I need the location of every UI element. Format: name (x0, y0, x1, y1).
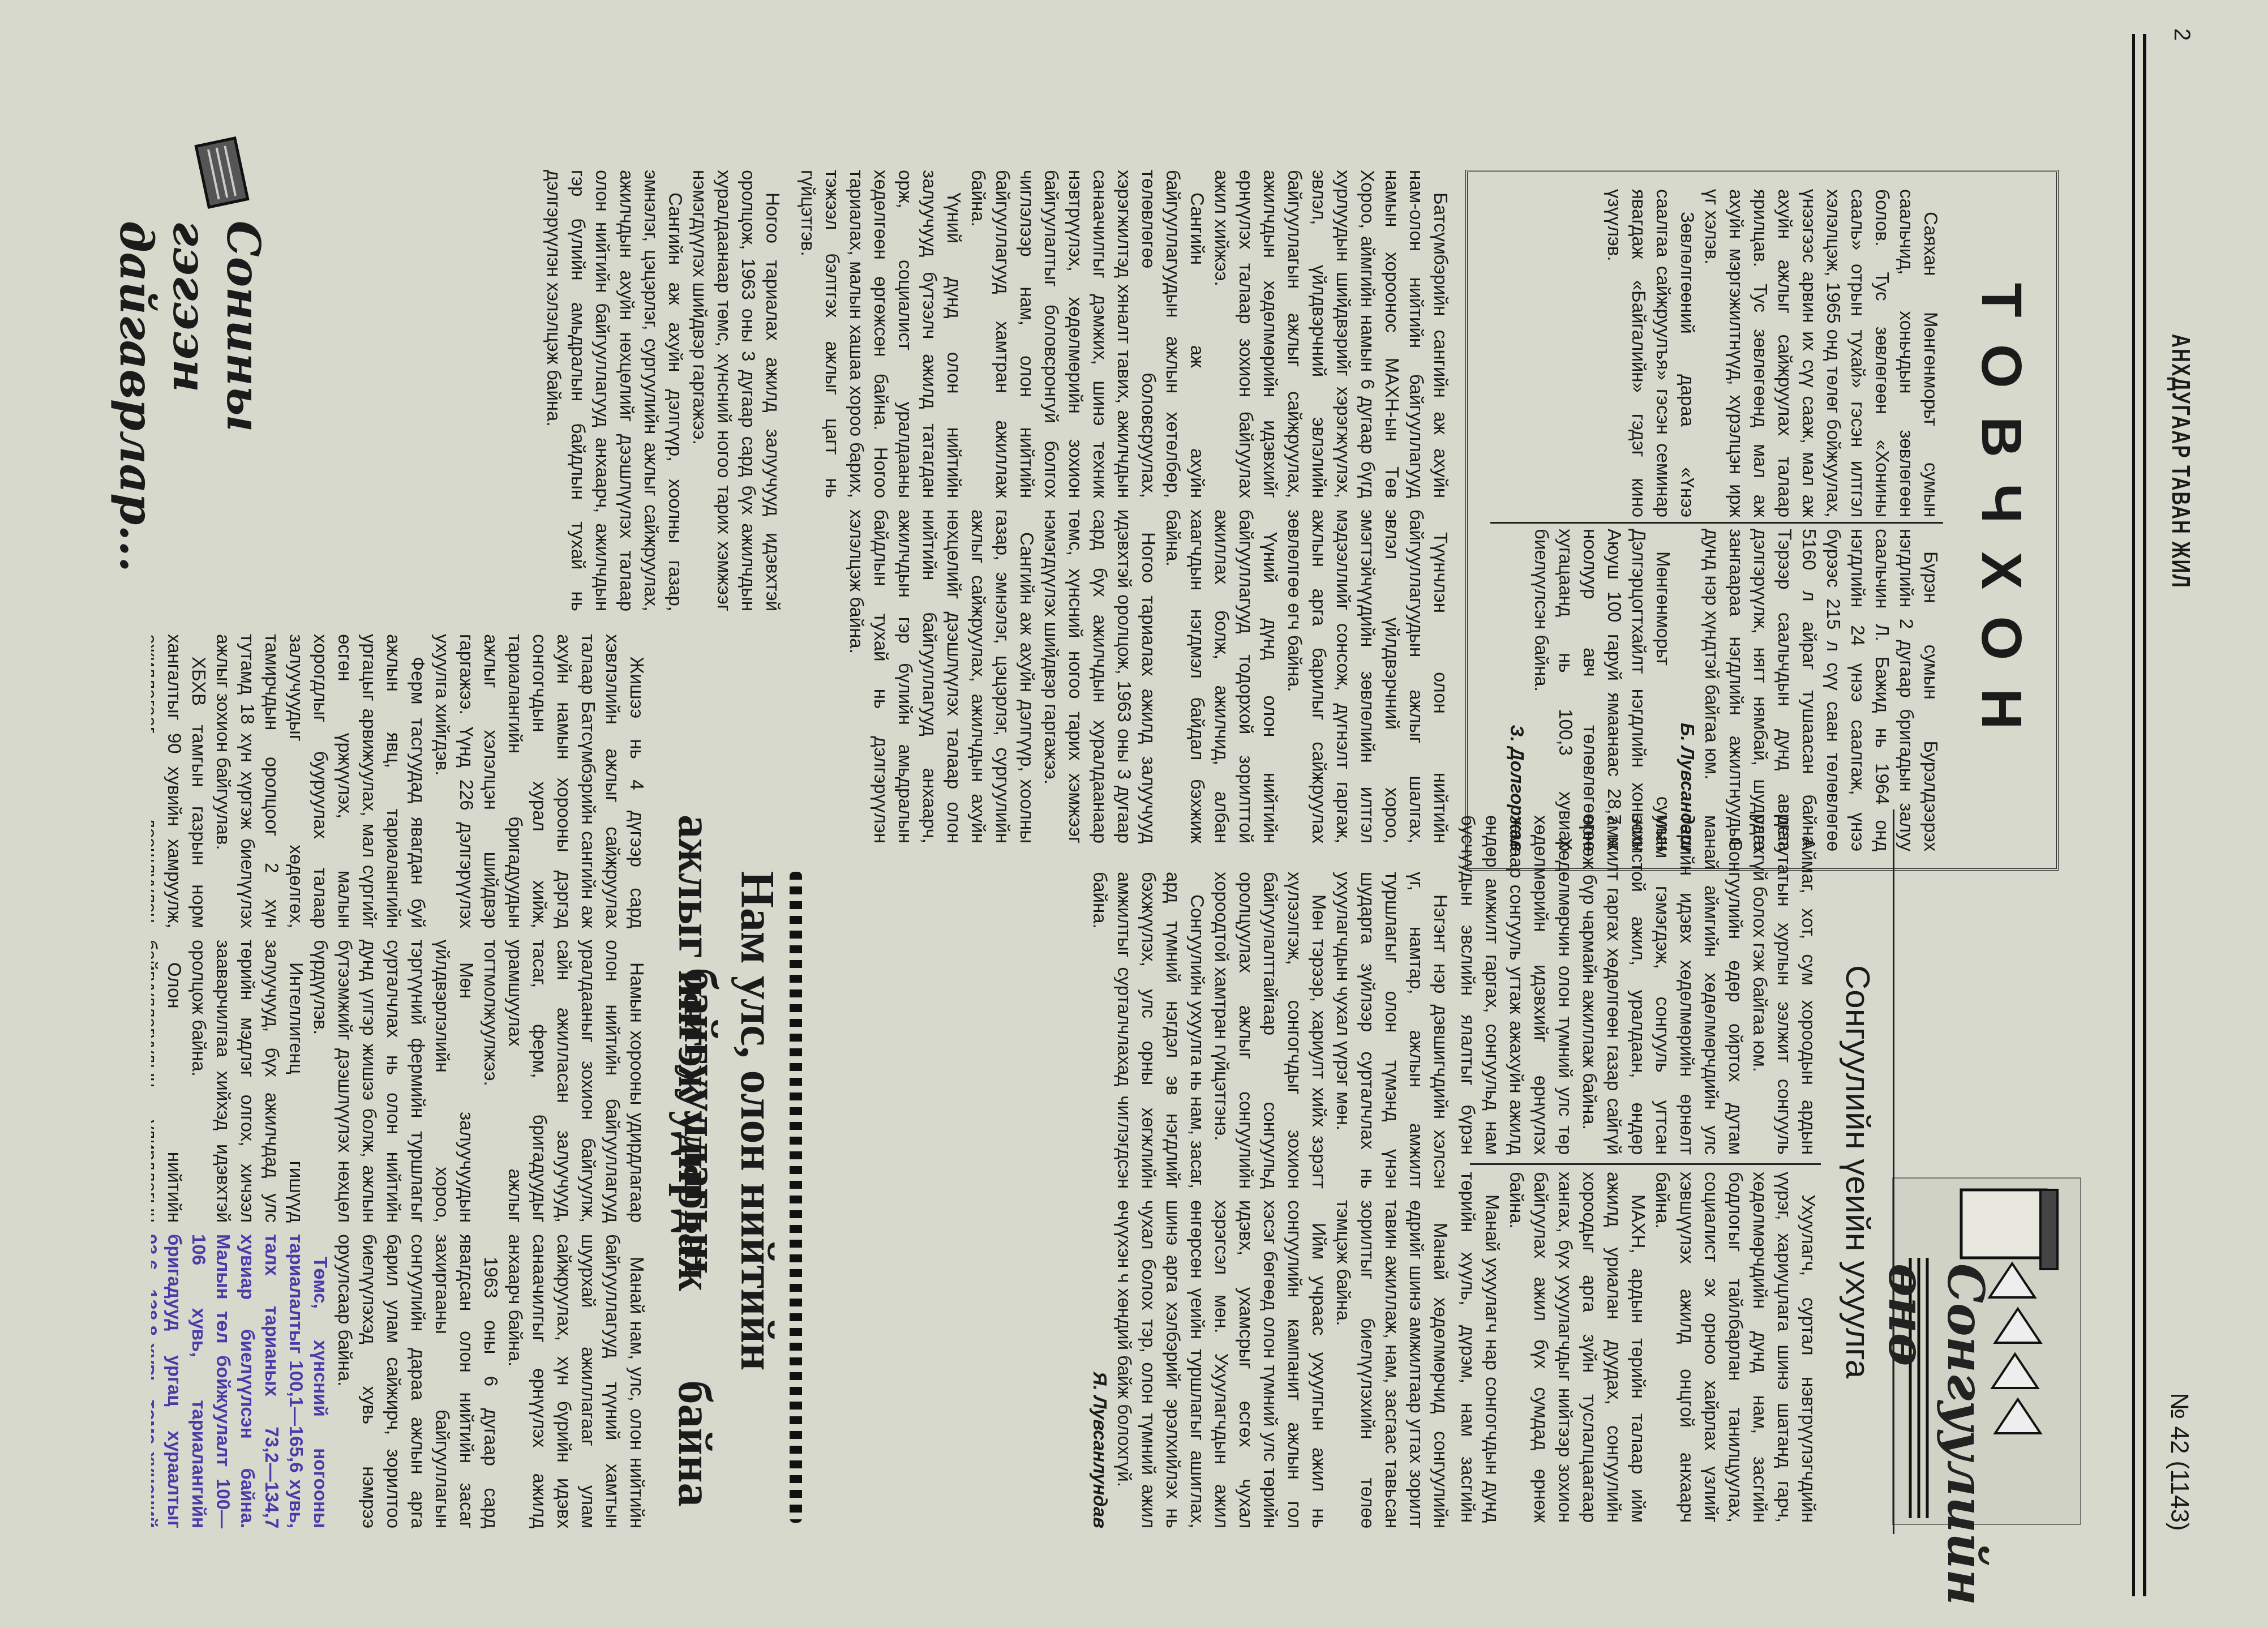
paragraph: 1963 оны 6 дугаар сард явагдсан олон ний… (333, 1234, 503, 1528)
satellite-column-2: Түүнчлэн олон нийтийн байгууллагуудын аж… (796, 509, 1453, 843)
brief-item: Зөвлөлгөөний дараа «Үнээ саалгаа сайжруу… (1602, 189, 1700, 517)
main-headline-3: байна (666, 1359, 723, 1528)
election-column-1: Аймаг, хот, сум хороодын ардын депутатын… (1459, 815, 1821, 1155)
paragraph: Манай нам, улс, олон нийтийн байгууллагу… (503, 1234, 649, 1528)
satellite-column-3: Ногоо тариалах ажилд залуучууд идэвхтэй … (276, 170, 785, 611)
briefs-title: ТОВЧХОН (1969, 172, 2034, 868)
wavy-divider (790, 872, 802, 1523)
cartoon-heading-line-1: Сонины (217, 221, 270, 432)
masthead-title: АНХДУГААР ТАВАН ЖИЛ (2166, 334, 2194, 589)
paragraph: Мөн тэрээр, хариулт хийх зэрэгт хүлээлгэ… (1210, 872, 1331, 1189)
briefs-column-1: Саяхан Мөнгөнморьт сумын саальчид, хоньч… (1479, 189, 1943, 517)
masthead-rule (2132, 34, 2146, 1596)
main-headline-2: ажлыг ингэж удирдаж (666, 657, 723, 1449)
paragraph: ХБХВ тамгын газрын норм хангалтыг 90 хув… (151, 634, 211, 928)
paragraph: Ухуулагч, суртал нэвтрүүлэгчдийн үүрэг, … (1650, 1172, 1821, 1523)
headline-line-2: ажлыг ингэж удирдаж (668, 815, 721, 1291)
paragraph: Сонгуулийн ухуулга нь нам, засаг, ард тү… (1088, 872, 1210, 1189)
main-column-2: Намын хорооны удирдлагаар олон нийтийн б… (151, 940, 649, 1223)
paragraph: Ийм учраас ухуулгын ажил нь сонгуулийн к… (1112, 1200, 1331, 1528)
election-article-title: Сонгуулийн үеийн ухуулга (1838, 815, 1877, 1528)
column-rule (1470, 1163, 1821, 1165)
page-number: 2 (2169, 28, 2194, 41)
byline: Б. Лувсандаш (1675, 529, 1700, 851)
section-rule (1893, 809, 1894, 1534)
paragraph: Ногоо тариалах ажилд залуучууд идэвхтэй … (1039, 509, 1161, 843)
election-column-2: Ухуулагч, суртал нэвтрүүлэгчдийн үүрэг, … (1459, 1172, 1821, 1523)
paragraph: Нэгэнт нэр дэвшигчдийн хэлсэн үг, намтар… (1331, 872, 1453, 1189)
byline: Я. Лувсанлундав (1088, 1200, 1112, 1528)
brief-item: Саяхан Мөнгөнморьт сумын саальчид, хоньч… (1700, 189, 1943, 517)
election-banner: Сонгуулийн өнө (1892, 1177, 2081, 1525)
headline-line-3: байна (668, 1381, 721, 1507)
election-column-4: Манай хөдөлмөрчид сонгуулийн өдрийг шинэ… (796, 1200, 1453, 1528)
paragraph: Сангийн аж ахуйн байгууллагуудын ажлын х… (966, 170, 1210, 498)
paragraph: Хөдөлмөрчин олон түмний улс төр хөдөлмөр… (1459, 815, 1577, 1155)
paragraph: Аймаг, хот, сум хороодын ардын депутатын… (1748, 815, 1821, 1155)
paragraph: Интеллигенц гишүүд залуучууд, бүх ажилчд… (187, 940, 308, 1223)
paragraph: Төмс, хүнсний ногооны тариалалтыг 100,1—… (151, 1234, 333, 1528)
paragraph: Ногоо тариалах ажилд залуучууд идэвхтэй … (688, 170, 785, 611)
election-banner-title: Сонгуулийн өнө (1877, 1263, 1995, 1605)
cartoon-heading: Сонины гэгээн дайгаврлар... (157, 136, 270, 623)
paragraph: Үүний дүнд олон нийтийн залуучууд бүтээл… (796, 170, 966, 498)
paragraph: Манай ухуулагч нар сонгогчдын дунд төрий… (1459, 1172, 1504, 1523)
satellite-column-1: Батсүмбэрийн сангийн аж ахуйн нам-олон н… (796, 170, 1453, 498)
briefs-box: ТОВЧХОН Саяхан Мөнгөнморьт сумын саальчи… (1465, 170, 2059, 871)
paragraph: Манай хөдөлмөрчид сонгуулийн өдрийг шинэ… (1331, 1200, 1453, 1528)
cartoon-heading-line-2: гэгээн дайгаврлар... (110, 221, 216, 623)
column-rule (1490, 522, 1943, 524)
paragraph: Олон нийтийн байгууллагуудын удирдлагын … (151, 940, 187, 1223)
paragraph: Батсүмбэрийн сангийн аж ахуйн нам-олон н… (1210, 170, 1453, 498)
election-column-3: Нэгэнт нэр дэвшигчдийн хэлсэн үг, намтар… (796, 872, 1453, 1189)
paragraph: Үүний дүнд олон нийтийн байгууллагууд то… (1161, 509, 1283, 843)
brief-item: Мөнгөнморьт сумын Дэлгэрцогтхайлт нэгдли… (1529, 529, 1675, 851)
byline: З. Долгоржав (1505, 529, 1529, 851)
paragraph: Жишээ нь 4 дүгээр сард хэвлэлийн ажлыг с… (430, 634, 649, 928)
main-column-1: Жишээ нь 4 дүгээр сард хэвлэлийн ажлыг с… (151, 634, 649, 928)
paragraph: Түүнчлэн олон нийтийн байгууллагуудын аж… (1283, 509, 1453, 843)
paragraph: Сангийн аж ахуйн дэлгүүр, хоолны газар, … (844, 509, 1039, 843)
newspaper-page: 2 АНХДУГААР ТАВАН ЖИЛ № 42 (1143) ТОВЧХО… (0, 0, 2268, 1628)
paragraph: Сонгуулийн өдөр ойртох дутам манай аймги… (1577, 815, 1748, 1155)
paragraph: МАХН, ардын төрийн талаар ийм ажилд уриа… (1504, 1172, 1650, 1523)
issue-number: № 42 (1143) (2165, 1393, 2193, 1531)
paragraph: Намын хорооны удирдлагаар олон нийтийн б… (479, 940, 649, 1223)
main-column-3: Манай нам, улс, олон нийтийн байгууллагу… (151, 1234, 649, 1528)
paragraph: Мөн залуучуудын үйлдвэрлэлийн хороо, тэр… (308, 940, 479, 1223)
newspaper-bundle-icon (191, 136, 259, 215)
briefs-column-2: Бүрэн сумын Бурэлдээрэх нэгдлийн 2 дугаа… (1479, 529, 1943, 851)
brief-item: Бүрэн сумын Бурэлдээрэх нэгдлийн 2 дугаа… (1700, 529, 1943, 851)
paragraph: Сангийн аж ахуйн дэлгүүр, хоолны газар, … (542, 170, 688, 611)
paragraph: Ферм тасгуудад явагдан буй ажлын явц, та… (211, 634, 430, 928)
